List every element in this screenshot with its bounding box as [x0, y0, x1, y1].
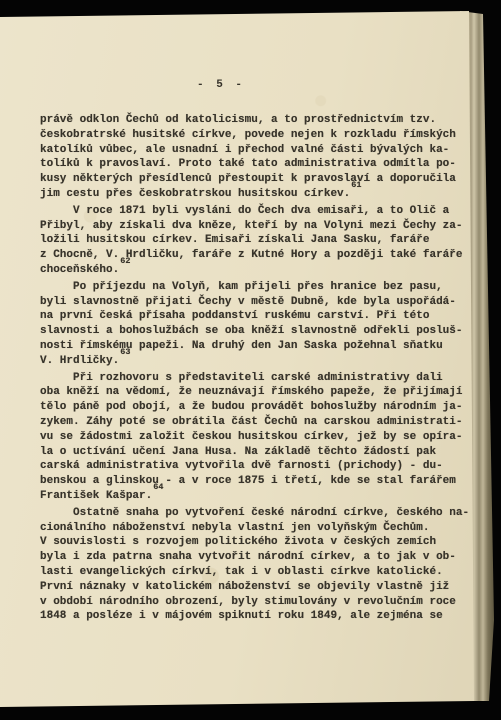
text-line: českobratrské husitské církve, povede ne… — [40, 128, 468, 143]
text-line: na první česká přísaha poddanství ruském… — [40, 309, 468, 324]
text-line: oba kněží na vědomí, že neuznávají římsk… — [40, 385, 468, 400]
text-line: carská administrativa vytvořila dvě farn… — [40, 459, 468, 474]
paragraph: Po příjezdu na Volyň, kam přijeli přes h… — [40, 280, 468, 369]
paragraph: Při rozhovoru s představiteli carské adm… — [40, 371, 468, 504]
text-line: lasti evangelických církví, tak i v obla… — [40, 565, 468, 580]
text-line: První náznaky v katolickém náboženství s… — [40, 580, 468, 595]
text-line: Při rozhovoru s představiteli carské adm… — [40, 371, 468, 386]
text-line: v období národního obrození, byly stimul… — [40, 595, 468, 610]
text-line: V roce 1871 byli vysláni do Čech dva emi… — [40, 204, 468, 219]
footnote-ref: 63 — [120, 347, 130, 357]
text-line: tolíků k pravoslaví. Proto také tato adm… — [40, 157, 468, 172]
scanned-page: - 5 - právě odklon Čechů od katolicismu,… — [0, 0, 501, 720]
text-line: byla i zda patrna snaha vytvořit národní… — [40, 550, 468, 565]
paragraph: V roce 1871 byli vysláni do Čech dva emi… — [40, 204, 468, 278]
text-line: byli slavnostně přijati Čechy v městě Du… — [40, 295, 468, 310]
text-line: 1848 a posléze i v májovém spiknutí roku… — [40, 609, 468, 624]
text-line: Ostatně snaha po vytvoření české národní… — [40, 506, 468, 521]
text-line: z Chocně, V. Hrdličku, faráře z Kutné Ho… — [40, 248, 468, 263]
text-line: kusy některých přesídlenců přestoupit k … — [40, 172, 468, 187]
text-line: jim cestu přes českobratrskou husitskou … — [40, 187, 468, 202]
text-block: právě odklon Čechů od katolicismu, a to … — [40, 113, 468, 624]
text-line: V souvislosti s rozvojem politického živ… — [40, 535, 468, 550]
footnote-ref: 62 — [120, 256, 130, 266]
scanned-book-photo: - 5 - právě odklon Čechů od katolicismu,… — [0, 0, 501, 720]
text-line: la o uctívání učení Jana Husa. Na základ… — [40, 445, 468, 460]
text-line: vu se žádostmi založit českou husitskou … — [40, 430, 468, 445]
text-line: právě odklon Čechů od katolicismu, a to … — [40, 113, 468, 128]
paragraph: právě odklon Čechů od katolicismu, a to … — [40, 113, 468, 202]
text-line: František Kašpar.64 — [40, 489, 468, 504]
text-line: choceňského.62 — [40, 263, 468, 278]
text-line: nosti římskému papeži. Na druhý den Jan … — [40, 339, 468, 354]
text-line: cionálního náboženství nebyla vlastní je… — [40, 521, 468, 536]
text-line: ložili husitskou církev. Emisaři získali… — [40, 233, 468, 248]
text-line: Po příjezdu na Volyň, kam přijeli přes h… — [40, 280, 468, 295]
text-line: Přibyl, aby získali dva kněze, kteří by … — [40, 219, 468, 234]
text-line: katolíků vůbec, ale usnadní i přechod va… — [40, 143, 468, 158]
text-line: zykem. Záhy poté se obrátila část Čechů … — [40, 415, 468, 430]
page-number: - 5 - — [197, 79, 245, 91]
text-line: tělo páně pod obojí, a že budou provádět… — [40, 400, 468, 415]
text-line: slavnosti a bohoslužbách se oba kněží sl… — [40, 324, 468, 339]
footnote-ref: 64 — [153, 482, 163, 492]
footnote-ref: 61 — [351, 180, 361, 190]
paragraph: Ostatně snaha po vytvoření české národní… — [40, 506, 468, 624]
text-line: benskou a glinskou - a v roce 1875 i tře… — [40, 474, 468, 489]
text-line: V. Hrdličky.63 — [40, 354, 468, 369]
